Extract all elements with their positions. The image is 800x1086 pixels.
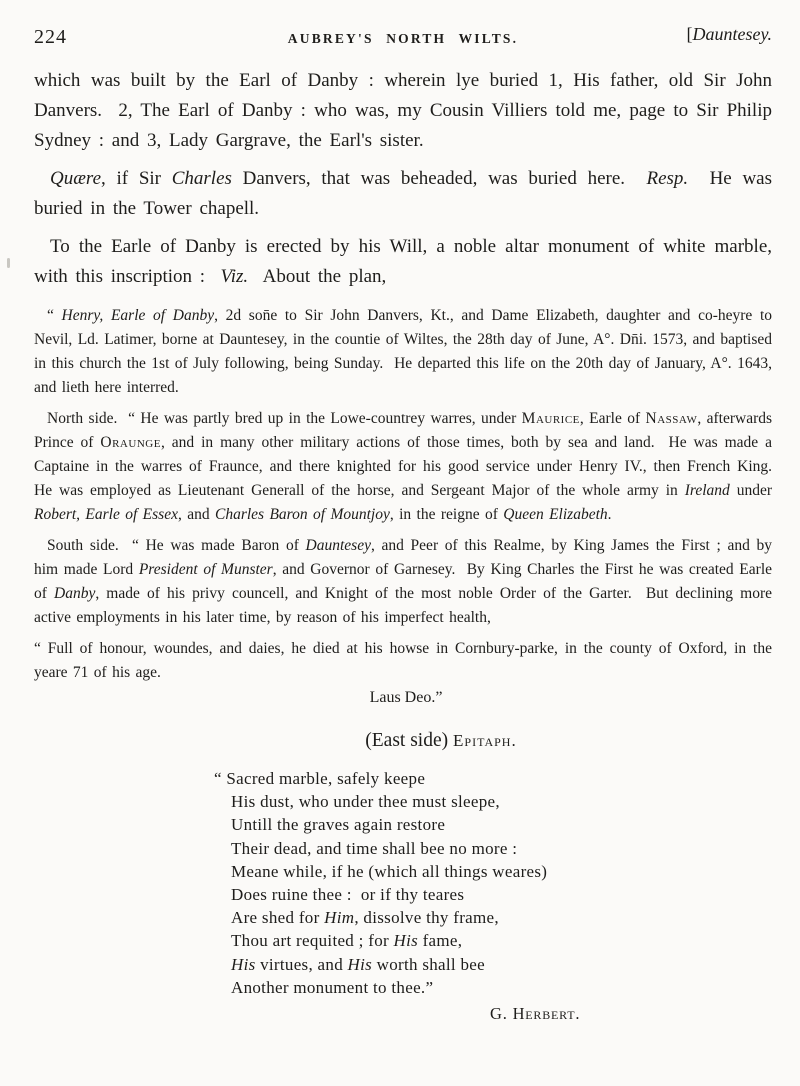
text-segment: Maurice <box>522 410 580 427</box>
text-segment: His dust, who under thee must sleepe, <box>231 792 500 811</box>
paragraph-south-side: South side. “ He was made Baron of Daunt… <box>34 534 772 630</box>
text-segment: “ <box>47 307 62 324</box>
paragraph-inscription: “ Henry, Earle of Danby, 2d son̄e to Sir… <box>34 304 772 400</box>
text-segment: , in the reigne of <box>390 506 503 523</box>
running-title: AUBREY'S NORTH WILTS. <box>288 31 518 47</box>
text-segment: North side. “ He was partly bred up in t… <box>47 410 522 427</box>
author-signature: G. Herbert. <box>34 1004 772 1024</box>
text-segment: Their dead, and time shall bee no more : <box>231 839 517 858</box>
text-segment: (East side) <box>365 730 453 751</box>
scan-artifact <box>7 258 10 268</box>
poem-line: His dust, who under thee must sleepe, <box>231 790 772 813</box>
text-segment: Epitaph. <box>453 731 517 750</box>
running-header: 224 AUBREY'S NORTH WILTS. [Dauntesey. <box>34 24 772 52</box>
text-segment: , Earle of <box>580 410 646 427</box>
paragraph-full-of-honour: “ Full of honour, woundes, and daies, he… <box>34 637 772 685</box>
text-segment: , and <box>178 506 215 523</box>
text-segment: Danby <box>54 585 95 602</box>
text-segment: Viz. <box>221 266 249 287</box>
text-segment: , if Sir <box>101 168 172 189</box>
text-segment: About the plan, <box>248 266 386 287</box>
poem-line: “ Sacred marble, safely keepe <box>231 767 772 790</box>
poem-line: Their dead, and time shall bee no more : <box>231 837 772 860</box>
page-number: 224 <box>34 26 67 49</box>
text-segment: fame, <box>418 931 462 950</box>
text-segment: , dissolve thy frame, <box>354 908 499 927</box>
text-segment: Quære <box>50 168 101 189</box>
epitaph-heading: (East side) Epitaph. <box>72 728 800 754</box>
poem-line: His virtues, and His worth shall bee <box>231 953 772 976</box>
section-note: [Dauntesey. <box>687 24 772 45</box>
text-segment: Another monument to thee.” <box>231 978 433 997</box>
text-segment: To the Earle of Danby is erected by his … <box>34 236 780 287</box>
poem-line: Does ruine thee : or if thy teares <box>231 883 772 906</box>
text-segment: Queen Elizabeth <box>503 506 607 523</box>
poem-line: Thou art requited ; for His fame, <box>231 929 772 952</box>
epitaph-poem: “ Sacred marble, safely keepeHis dust, w… <box>34 767 772 999</box>
paragraph-continuation: which was built by the Earl of Danby : w… <box>34 66 772 156</box>
paragraph-north-side: North side. “ He was partly bred up in t… <box>34 407 772 527</box>
text-segment: . <box>608 506 612 523</box>
text-segment: Henry, Earle of Danby <box>62 307 215 324</box>
text-segment: which was built by the Earl of Danby : w… <box>34 70 780 151</box>
book-page: 224 AUBREY'S NORTH WILTS. [Dauntesey. wh… <box>0 0 800 1086</box>
text-segment: “ Full of honour, woundes, and daies, he… <box>34 640 777 681</box>
text-segment: , made of his privy councell, and Knight… <box>34 585 777 626</box>
text-segment: virtues, and <box>256 955 348 974</box>
text-segment: Untill the graves again restore <box>231 815 445 834</box>
text-segment: Resp. <box>646 168 688 189</box>
text-segment: Thou art requited ; for <box>231 931 394 950</box>
text-segment: Robert, Earle of Essex <box>34 506 178 523</box>
text-segment: Oraunge <box>100 434 161 451</box>
paragraph-monument: To the Earle of Danby is erected by his … <box>34 232 772 292</box>
poem-line: Untill the graves again restore <box>231 813 772 836</box>
text-segment: Charles Baron of Mountjoy <box>215 506 390 523</box>
text-segment: “ Sacred marble, safely keepe <box>214 769 425 788</box>
text-segment: His <box>231 955 256 974</box>
text-segment: Does ruine thee : or if thy teares <box>231 885 464 904</box>
text-segment: Charles <box>172 168 232 189</box>
text-segment: Dauntesey <box>306 537 371 554</box>
text-segment: Danvers, that was beheaded, was buried h… <box>232 168 647 189</box>
text-segment: Him <box>324 908 354 927</box>
laus-deo-line: Laus Deo.” <box>40 686 772 710</box>
text-segment: under <box>730 482 778 499</box>
poem-line: Another monument to thee.” <box>231 976 772 999</box>
text-segment: His <box>394 931 419 950</box>
text-segment: Are shed for <box>231 908 324 927</box>
text-segment: Ireland <box>685 482 730 499</box>
text-segment: Dauntesey. <box>693 24 772 44</box>
text-segment: South side. “ He was made Baron of <box>47 537 306 554</box>
paragraph-quaere: Quære, if Sir Charles Danvers, that was … <box>34 164 772 224</box>
poem-line: Are shed for Him, dissolve thy frame, <box>231 906 772 929</box>
text-segment: worth shall bee <box>372 955 485 974</box>
text-segment: His <box>348 955 373 974</box>
text-segment: Nassaw <box>646 410 698 427</box>
text-segment: Meane while, if he (which all things wea… <box>231 862 547 881</box>
poem-line: Meane while, if he (which all things wea… <box>231 860 772 883</box>
text-segment: President of Munster <box>139 561 273 578</box>
